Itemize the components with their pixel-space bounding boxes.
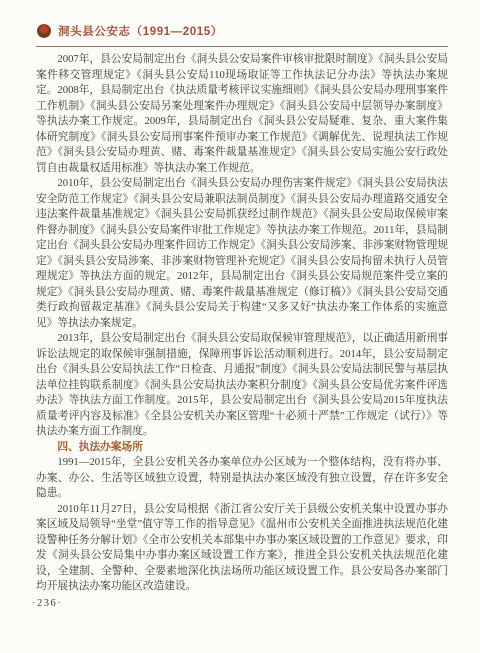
paragraph-2010-11-27: 2010年11月27日，县公安局根据《浙江省公安厅关于县级公安机关集中设置办事办… xyxy=(36,502,448,595)
page-number: ·236· xyxy=(32,598,62,609)
header-divider xyxy=(36,46,448,47)
page-title: 洞头县公安志（1991—2015） xyxy=(58,23,223,39)
paragraph-2013-2015: 2013年，县公安局制定出台《洞头县公安局取保候审管理规范》，以正确适用新刑事诉… xyxy=(36,331,448,440)
paragraph-2007-2009: 2007年，县公安局制定出台《洞头县公安局案件审核审批限时制度》《洞头县公安局案… xyxy=(36,52,448,176)
section-heading-enforcement-premises: 四、执法办案场所 xyxy=(36,440,448,456)
paragraph-1991-2015: 1991—2015年，全县公安机关各办案单位办公区域为一个整体结构，没有将办事、… xyxy=(36,455,448,502)
running-header: 洞头县公安志（1991—2015） xyxy=(37,23,447,39)
body-text: 2007年，县公安局制定出台《洞头县公安局案件审核审批限时制度》《洞头县公安局案… xyxy=(36,52,448,595)
police-badge-icon xyxy=(37,24,51,38)
paragraph-2010-2012: 2010年，县公安局制定出台《洞头县公安局办理伤害案件规定》《洞头县公安局执法安… xyxy=(36,176,448,331)
book-page: 洞头县公安志（1991—2015） 2007年，县公安局制定出台《洞头县公安局案… xyxy=(0,0,480,653)
